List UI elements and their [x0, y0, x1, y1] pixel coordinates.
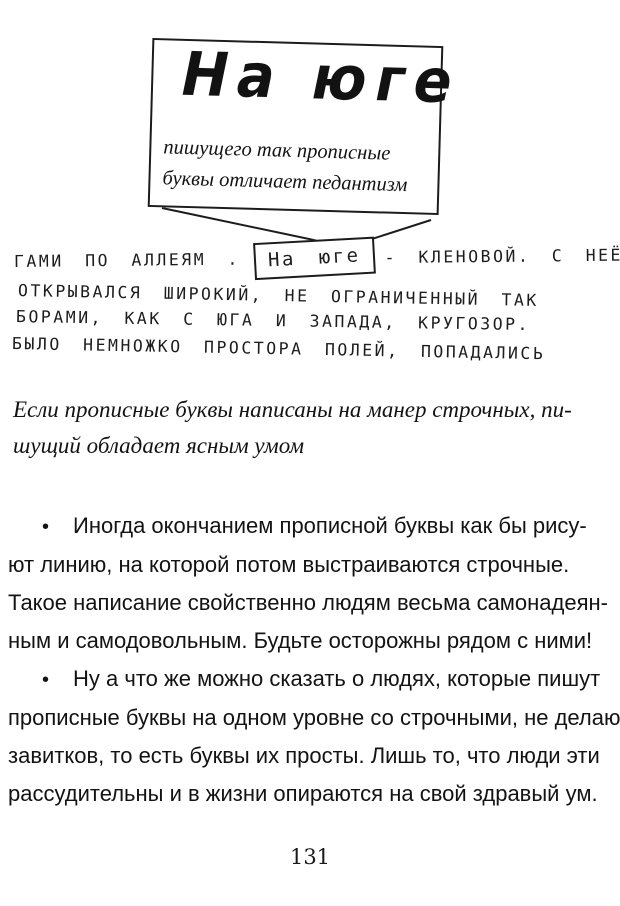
body-line: ют линию, на которой потом выстраиваются…	[8, 546, 614, 584]
body-line: •Иногда окончанием прописной буквы как б…	[8, 507, 614, 546]
body-line: Такое написание свойственно людям весьма…	[8, 584, 614, 622]
handwriting-line: БЫЛО НЕМНОЖКО ПРОСТОРА ПОЛЕЙ, ПОПАДАЛИСЬ	[12, 334, 546, 363]
boxed-phrase: На юге	[253, 237, 375, 280]
body-line: •Ну а что же можно сказать о людях, кото…	[8, 660, 614, 699]
body-text: •Иногда окончанием прописной буквы как б…	[8, 507, 614, 813]
body-line-text: Иногда окончанием прописной буквы как бы…	[73, 513, 587, 538]
body-line: завитков, то есть буквы их просты. Лишь …	[8, 737, 614, 775]
bullet-marker: •	[42, 508, 49, 546]
handwriting-sample-large: На юге	[174, 40, 468, 118]
body-line: ным и самодовольным. Будьте осторожны ря…	[8, 622, 614, 660]
body-line-text: Ну а что же можно сказать о людях, котор…	[73, 666, 600, 691]
body-line: рассудительны и в жизни опираются на сво…	[8, 775, 614, 813]
page-number: 131	[0, 845, 620, 869]
lead-line: шущий обладает ясным умом	[13, 428, 609, 464]
handwriting-line: ОТКРЫВАЛСЯ ШИРОКИЙ, НЕ ОГРАНИЧЕННЫЙ ТАК	[18, 281, 539, 310]
bullet-marker: •	[42, 661, 49, 699]
handwriting-example-box: На юге пишущего так прописные буквы отли…	[148, 38, 444, 215]
lead-line: Если прописные буквы написаны на манер с…	[13, 392, 609, 428]
example-caption-line: буквы отличает педантизм	[162, 163, 408, 201]
body-line: прописные буквы на одном уровне со строч…	[8, 699, 614, 737]
handwriting-segment: ГАМИ ПО АЛЛЕЯМ .	[14, 250, 240, 271]
lead-paragraph: Если прописные буквы написаны на манер с…	[13, 392, 609, 464]
example-caption: пишущего так прописные буквы отличает пе…	[162, 132, 409, 201]
book-page: На юге пишущего так прописные буквы отли…	[0, 0, 620, 906]
handwriting-line: БОРАМИ, КАК С ЮГА И ЗАПАДА, КРУГОЗОР.	[16, 307, 530, 334]
handwriting-line: ГАМИ ПО АЛЛЕЯМ . На юге - КЛЕНОВОЙ. С НЕ…	[14, 237, 620, 280]
handwriting-segment: - КЛЕНОВОЙ. С НЕЁ	[384, 246, 620, 267]
